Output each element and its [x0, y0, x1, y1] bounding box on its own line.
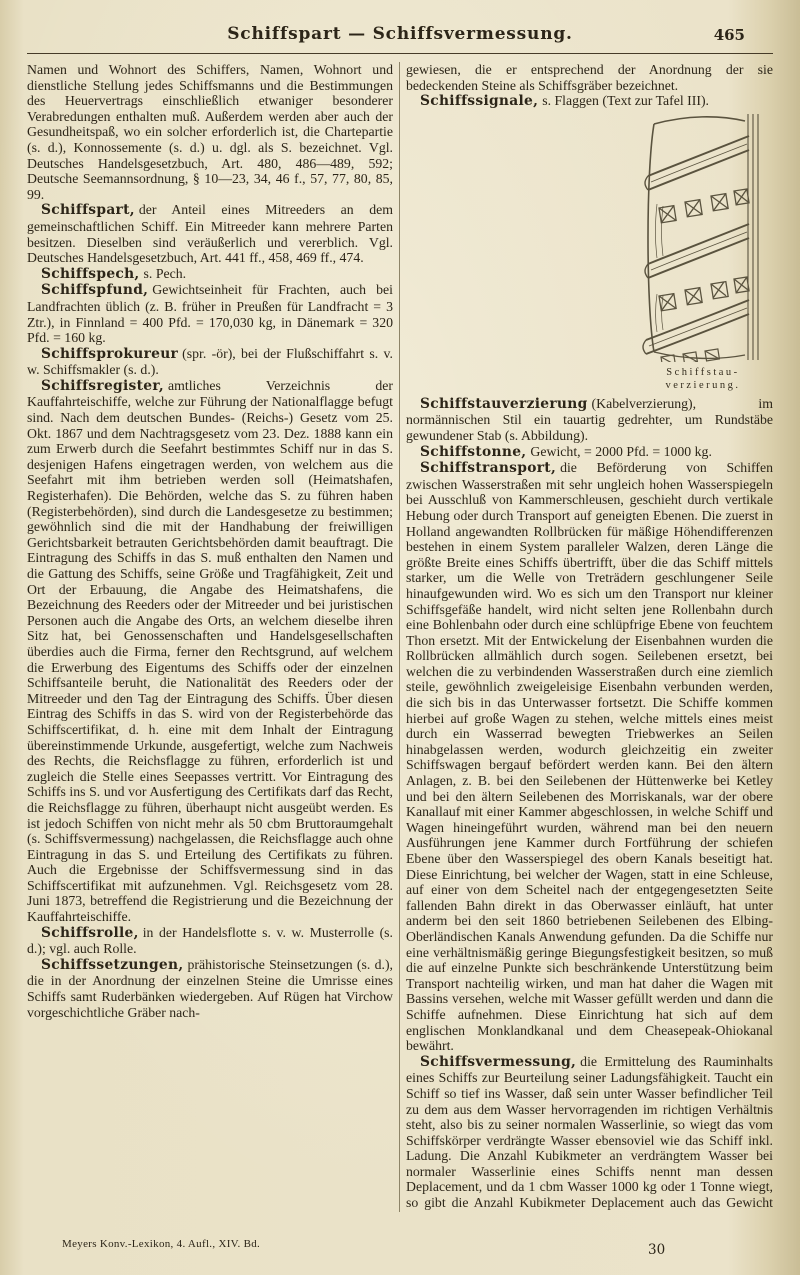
text-columns: Namen und Wohnort des Schiffers, Namen, … [27, 62, 773, 1214]
entry-paragraph: Namen und Wohnort des Schiffers, Namen, … [27, 62, 393, 202]
entry-headword: Schiffssignale, [420, 93, 542, 109]
scanned-encyclopedia-page: Schiffspart — Schiffsvermessung. 465 Nam… [0, 0, 800, 1275]
page-number: 465 [714, 26, 745, 44]
rope-moulding-figure: Schiffstau- verzierung. [633, 112, 773, 392]
entry-paragraph: Schiffsregister,amtliches Verzeichnis de… [27, 378, 393, 925]
rope-column-illustration [637, 112, 769, 362]
entry-paragraph: Schiffstonne,Gewicht, = 2000 Pfd. = 1000… [406, 444, 773, 461]
entry-headword: Schiffstonne, [420, 444, 530, 460]
entry-paragraph: Schiffsvermessung,die Ermittelung des Ra… [406, 1054, 773, 1212]
entry-text: die Ermittelung des Rauminhalts eines Sc… [406, 1054, 773, 1212]
entry-text: die Beförderung von Schiffen zwischen Wa… [406, 460, 773, 1053]
entry-text: Gewicht, = 2000 Pfd. = 1000 kg. [530, 444, 712, 459]
left-column: Namen und Wohnort des Schiffers, Namen, … [27, 62, 393, 1212]
entry-headword: Schiffspfund, [41, 282, 152, 298]
imprint: Meyers Konv.-Lexikon, 4. Aufl., XIV. Bd. [62, 1238, 260, 1250]
entry-headword: Schiffsregister, [41, 378, 168, 394]
entry-paragraph: Schiffsrolle,in der Handelsflotte s. v. … [27, 925, 393, 957]
entry-text: amtliches Verzeichnis der Kauffahrteisch… [27, 378, 393, 924]
header-rule [27, 53, 773, 54]
page-header: Schiffspart — Schiffsvermessung. 465 [27, 24, 773, 50]
entry-paragraph: Schiffstransport,die Beförderung von Sch… [406, 460, 773, 1054]
entry-headword: Schiffstransport, [420, 460, 560, 476]
entry-headword: Schiffstauverzierung [420, 396, 592, 412]
entry-paragraph: Schiffsprokureur(spr. -ör), bei der Fluß… [27, 346, 393, 378]
entry-text: Namen und Wohnort des Schiffers, Namen, … [27, 62, 393, 202]
entry-headword: Schiffsprokureur [41, 346, 182, 362]
figure-caption-line: Schiffstau- [666, 367, 739, 378]
entry-headword: Schiffssetzungen, [41, 957, 187, 973]
right-column: gewiesen, die er entsprechend der Anordn… [406, 62, 773, 1212]
entry-headword: Schiffsvermessung, [420, 1054, 580, 1070]
entry-paragraph: Schiffspfund,Gewichtseinheit für Frachte… [27, 282, 393, 345]
column-divider [399, 62, 400, 1212]
entry-headword: Schiffspart, [41, 202, 139, 218]
entry-headword: Schiffspech, [41, 266, 144, 282]
signature-number: 30 [648, 1242, 665, 1258]
entry-text: gewiesen, die er entsprechend der Anordn… [406, 62, 773, 93]
entry-text: s. Pech. [144, 266, 187, 281]
entry-paragraph: gewiesen, die er entsprechend der Anordn… [406, 62, 773, 93]
entry-headword: Schiffsrolle, [41, 925, 143, 941]
entry-paragraph: Schiffspech,s. Pech. [27, 266, 393, 283]
entry-paragraph: Schiffspart,der Anteil eines Mitreeders … [27, 202, 393, 265]
entry-paragraph: Schiffssignale,s. Flaggen (Text zur Tafe… [406, 93, 773, 110]
figure-caption: Schiffstau- verzierung. [633, 366, 773, 392]
entry-text: s. Flaggen (Text zur Tafel III). [542, 93, 709, 108]
running-title: Schiffspart — Schiffsvermessung. [27, 24, 773, 44]
entry-paragraph: Schiffssetzungen,prähistorische Steinset… [27, 957, 393, 1020]
figure-caption-line: verzierung. [665, 380, 740, 391]
